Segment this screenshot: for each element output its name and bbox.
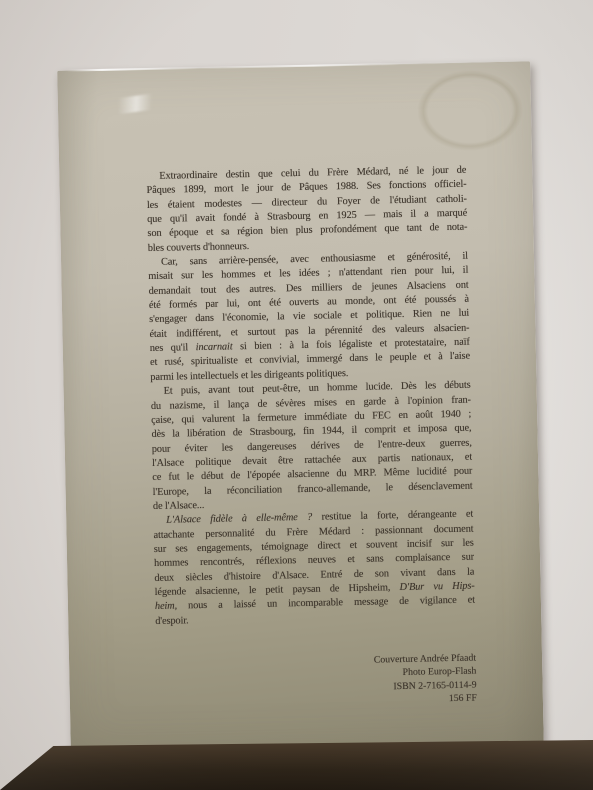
photo-background: Extraordinaire destin que celui du Frère… (0, 0, 593, 790)
back-cover-text: Extraordinaire destin que celui du Frère… (146, 164, 477, 712)
cover-ring-mark (414, 67, 526, 153)
paragraph-character: Car, sans arrière-pensée, avec enthousia… (148, 250, 471, 385)
book-back-cover: Extraordinaire destin que celui du Frère… (57, 61, 544, 752)
table-edge-shadow (0, 740, 593, 790)
paragraph-biography: Extraordinaire destin que celui du Frère… (146, 164, 468, 256)
paragraph-book-summary: L'Alsace fidèle à elle-même ? restitue l… (153, 508, 475, 629)
credits-block: Couverture Andrée PfaadtPhoto Europ-Flas… (156, 652, 477, 712)
shrink-wrap-wrinkle (95, 89, 186, 118)
paragraph-lucidity: Et puis, avant tout peut-être, un homme … (151, 379, 474, 514)
